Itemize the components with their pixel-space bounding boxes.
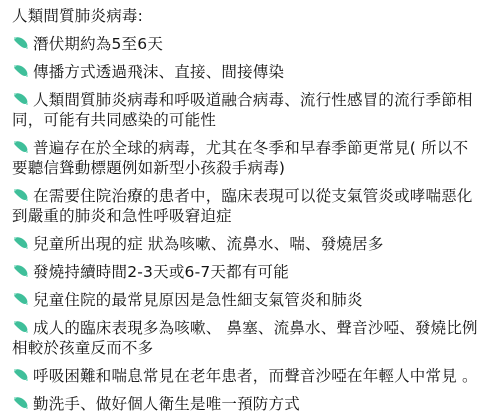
list-item-text: 潛伏期約為5至6天 <box>33 35 163 53</box>
list-item-text: 發燒持續時間2-3天或6-7天都有可能 <box>33 263 289 281</box>
microbe-icon <box>12 291 30 307</box>
microbe-icon <box>12 395 30 411</box>
list-item-text: 傳播方式透過飛沫、直接、間接傳染 <box>33 63 284 81</box>
microbe-icon <box>12 35 30 51</box>
list-item-text: 成人的臨床表現多為咳嗽、 鼻塞、流鼻水、聲音沙啞、發燒比例相較於孩童反而不多 <box>12 319 478 357</box>
list-item-text: 勤洗手、做好個人衛生是唯一預防方式 <box>33 395 300 413</box>
list-item: 發燒持續時間2-3天或6-7天都有可能 <box>12 262 480 282</box>
list-item: 在需要住院治療的患者中，臨床表現可以從支氣管炎或哮喘惡化 到嚴重的肺炎和急性呼吸… <box>12 186 480 226</box>
microbe-icon <box>12 63 30 79</box>
list-item-text: 人類間質肺炎病毒和呼吸道融合病毒、流行性感冒的流行季節相同，可能有共同感染的可能… <box>12 91 473 129</box>
list-item-text: 普遍存在於全球的病毒，尤其在冬季和早春季節更常見( 所以不要聽信聳動標題例如新型… <box>12 139 468 177</box>
list-item: 人類間質肺炎病毒和呼吸道融合病毒、流行性感冒的流行季節相同，可能有共同感染的可能… <box>12 90 480 130</box>
microbe-icon <box>12 139 30 155</box>
list-item: 普遍存在於全球的病毒，尤其在冬季和早春季節更常見( 所以不要聽信聳動標題例如新型… <box>12 138 480 178</box>
list-item-text: 在需要住院治療的患者中，臨床表現可以從支氣管炎或哮喘惡化 到嚴重的肺炎和急性呼吸… <box>12 187 473 225</box>
document-body: 人類間質肺炎病毒: 潛伏期約為5至6天 傳播方式透過飛沫、直接、間接傳染 人類間… <box>0 0 492 414</box>
document-title: 人類間質肺炎病毒: <box>12 6 480 26</box>
list-item: 呼吸困難和喘息常見在老年患者，而聲音沙啞在年輕人中常見 。 <box>12 366 480 386</box>
list-item-text: 呼吸困難和喘息常見在老年患者，而聲音沙啞在年輕人中常見 。 <box>33 367 478 385</box>
list-item: 勤洗手、做好個人衛生是唯一預防方式 <box>12 394 480 414</box>
list-item: 傳播方式透過飛沫、直接、間接傳染 <box>12 62 480 82</box>
list-item-text: 兒童所出現的症 狀為咳嗽、流鼻水、喘、發燒居多 <box>33 235 384 253</box>
list-item: 成人的臨床表現多為咳嗽、 鼻塞、流鼻水、聲音沙啞、發燒比例相較於孩童反而不多 <box>12 318 480 358</box>
microbe-icon <box>12 319 30 335</box>
list-item: 兒童住院的最常見原因是急性細支氣管炎和肺炎 <box>12 290 480 310</box>
list-item: 兒童所出現的症 狀為咳嗽、流鼻水、喘、發燒居多 <box>12 234 480 254</box>
microbe-icon <box>12 187 30 203</box>
microbe-icon <box>12 91 30 107</box>
list-item-text: 兒童住院的最常見原因是急性細支氣管炎和肺炎 <box>33 291 363 309</box>
microbe-icon <box>12 367 30 383</box>
microbe-icon <box>12 263 30 279</box>
list-item: 潛伏期約為5至6天 <box>12 34 480 54</box>
microbe-icon <box>12 235 30 251</box>
